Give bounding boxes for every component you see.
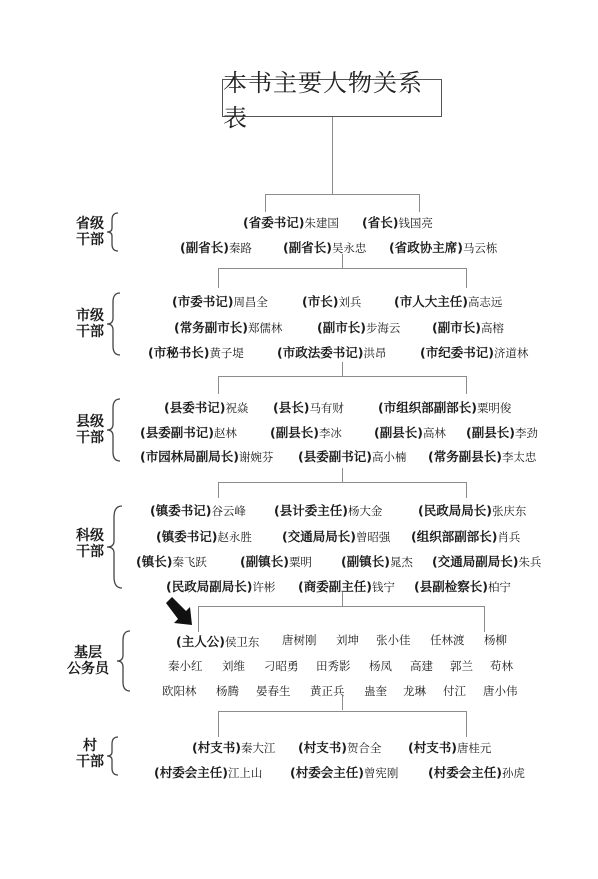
person-entry: (省委书记)朱建国	[243, 213, 339, 231]
person-entry: (镇委书记)赵永胜	[156, 527, 252, 545]
person-entry: (副县长)李冰	[270, 423, 342, 441]
person-entry: (商委副主任)钱宁	[298, 577, 395, 595]
person-entry: (市组织部副部长)粟明俊	[378, 398, 511, 416]
person-entry: (省长)钱国亮	[362, 213, 433, 231]
person-entry: 龙琳	[403, 683, 426, 699]
person-entry: (镇长)秦飞跃	[136, 552, 207, 570]
person-entry: 黄正兵	[310, 683, 345, 699]
person-entry: (副县长)高林	[374, 423, 446, 441]
connector-provincial-left	[265, 194, 266, 212]
person-entry: 刁昭勇	[264, 658, 299, 674]
person-entry: 付江	[443, 683, 466, 699]
connector-county-right	[466, 376, 467, 394]
person-entry: (市秘书长)黄子堤	[148, 343, 244, 361]
level-label-city: 市级干部	[74, 308, 106, 340]
level-label-section: 科级干部	[74, 528, 106, 560]
level-label-county: 县级干部	[74, 414, 106, 446]
person-entry: (副镇长)粟明	[240, 552, 312, 570]
person-entry: 刘坤	[336, 632, 359, 648]
person-entry: (镇委书记)谷云峰	[150, 501, 246, 519]
connector-section-bar	[218, 482, 467, 483]
person-entry: (副省长)秦路	[180, 238, 252, 256]
person-entry: (交通局局长)曾昭强	[282, 527, 390, 545]
person-entry: (县长)马有财	[273, 398, 344, 416]
connector-county-left	[218, 376, 219, 394]
connector-village-right	[466, 711, 467, 737]
connector-county-bar	[218, 376, 467, 377]
connector-grassroots-bar	[198, 606, 485, 607]
person-entry: 唐小伟	[483, 683, 518, 699]
person-entry: (村支书)贺合全	[298, 738, 381, 756]
person-entry: (县计委主任)杨大金	[274, 501, 382, 519]
person-entry: (交通局副局长)朱兵	[432, 552, 541, 570]
person-entry: (民政局局长)张庆东	[418, 501, 526, 519]
person-entry: (市长)刘兵	[302, 292, 361, 310]
person-entry: (市政法委书记)洪昂	[277, 343, 386, 361]
connector-provincial-right	[419, 194, 420, 212]
person-entry: (民政局副局长)许彬	[166, 577, 275, 595]
brace-icon	[106, 212, 120, 252]
person-entry: (副县长)李劲	[466, 423, 538, 441]
person-entry: 欧阳林	[162, 683, 197, 699]
brace-icon	[106, 736, 120, 776]
connector-grassroots-right	[484, 606, 485, 632]
person-entry: 任林渡	[430, 632, 465, 648]
person-entry: 苟林	[490, 658, 513, 674]
person-entry: 杨柳	[484, 632, 507, 648]
person-entry: 杨凤	[369, 658, 392, 674]
person-entry: 唐树刚	[282, 632, 317, 648]
connector-provincial-down	[342, 254, 343, 268]
person-entry: (副省长)吴永忠	[283, 238, 366, 256]
person-entry: 郭兰	[450, 658, 473, 674]
person-entry: (县委副书记)高小楠	[298, 447, 406, 465]
brace-icon	[106, 292, 122, 356]
person-entry: 刘维	[222, 658, 245, 674]
person-entry: (市委书记)周昌全	[172, 292, 268, 310]
connector-county-down	[342, 468, 343, 482]
person-entry: (副市长)步海云	[317, 318, 400, 336]
person-entry: (副市长)高榕	[432, 318, 504, 336]
person-entry: 蛊奎	[364, 683, 387, 699]
arrow-pointing-to-protagonist-icon	[164, 597, 196, 627]
person-entry: (市园林局副局长)谢婉芬	[140, 447, 273, 465]
connector-grassroots-left	[198, 606, 199, 632]
person-entry: 张小佳	[376, 632, 411, 648]
connector-city-down	[342, 362, 343, 376]
person-entry: (组织部副部长)肖兵	[411, 527, 520, 545]
connector-section-right	[466, 482, 467, 498]
person-entry: (村委会主任)曾宪刚	[290, 763, 398, 781]
connector-section-left	[218, 482, 219, 498]
person-entry: (村委会主任)孙虎	[428, 763, 525, 781]
person-entry: (村支书)唐桂元	[408, 738, 491, 756]
person-entry: (县委书记)祝焱	[164, 398, 248, 416]
protagonist-entry: (主人公)侯卫东	[176, 632, 259, 650]
person-entry: (省政协主席)马云栋	[389, 238, 497, 256]
connector-provincial-bar	[265, 194, 420, 195]
person-entry: 秦小红	[168, 658, 203, 674]
person-entry: (市人大主任)高志远	[394, 292, 502, 310]
person-entry: (市纪委书记)济道林	[420, 343, 528, 361]
person-entry: (县委副书记)赵林	[140, 423, 237, 441]
connector-title-down	[332, 117, 333, 195]
chart-title: 本书主要人物关系表	[222, 79, 442, 117]
connector-city-right	[466, 268, 467, 288]
connector-city-bar	[218, 268, 467, 269]
brace-icon	[116, 630, 132, 692]
person-entry: 晏春生	[256, 683, 291, 699]
level-label-grassroots: 基层公务员	[66, 645, 110, 677]
level-label-village: 村干部	[74, 738, 106, 770]
person-entry: 高建	[410, 658, 433, 674]
brace-icon	[106, 398, 122, 462]
person-entry: (县副检察长)柏宁	[414, 577, 511, 595]
person-entry: (村支书)秦大江	[192, 738, 275, 756]
person-entry: (副镇长)晁杰	[341, 552, 413, 570]
person-entry: (常务副市长)郑儒林	[174, 318, 282, 336]
connector-village-bar	[218, 711, 467, 712]
connector-village-left	[218, 711, 219, 737]
level-label-provincial: 省级干部	[74, 216, 106, 248]
brace-icon	[106, 505, 124, 589]
person-entry: (常务副县长)李太忠	[428, 447, 536, 465]
person-entry: 田秀影	[316, 658, 351, 674]
person-entry: 杨腾	[216, 683, 239, 699]
person-entry: (村委会主任)江上山	[154, 763, 262, 781]
connector-city-left	[218, 268, 219, 288]
